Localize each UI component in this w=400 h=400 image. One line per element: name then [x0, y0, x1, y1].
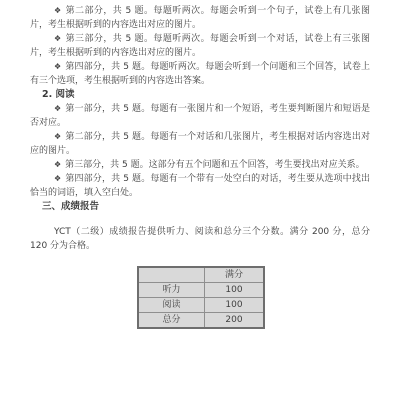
score-report-section-heading: 三、成绩报告	[30, 200, 370, 214]
table-cell-total-label: 总分	[138, 313, 205, 329]
reading-item-text: 第一部分，共 5 题。每题有一张图片和一个短语，考生要判断图片和短语是否对应。	[30, 104, 370, 128]
listening-item-text: 第四部分，共 5 题。每题听两次。每题会听到一个问题和三个回答，试卷上有三个选项…	[30, 62, 370, 86]
table-row: 阅读 100	[138, 298, 264, 313]
document-page: 到的内容判断是否与图片对应。 ❖第二部分，共 5 题。每题听两次。每题会听到一个…	[0, 0, 400, 329]
score-table: 满分 听力 100 阅读 100 总分 200	[137, 266, 265, 329]
table-header-maxscore-cell: 满分	[205, 267, 265, 283]
reading-item-text: 第四部分，共 5 题。每题有一个带有一处空白的对话，考生要从选项中找出恰当的词语…	[30, 174, 370, 198]
table-cell-listening-label: 听力	[138, 283, 205, 298]
listening-item: ❖第二部分，共 5 题。每题听两次。每题会听到一个句子，试卷上有几张图片，考生根…	[30, 4, 370, 32]
listening-item: ❖第四部分，共 5 题。每题听两次。每题会听到一个问题和三个回答，试卷上有三个选…	[30, 60, 370, 88]
listening-item: ❖第三部分，共 5 题。每题听两次。每题会听到一个对话，试卷上有三张图片，考生根…	[30, 32, 370, 60]
listening-item-text: 第三部分，共 5 题。每题听两次。每题会听到一个对话，试卷上有三张图片，考生根据…	[30, 34, 370, 58]
diamond-bullet-icon: ❖	[54, 172, 61, 186]
reading-section-heading: 2. 阅读	[30, 88, 370, 102]
table-row: 总分 200	[138, 313, 264, 329]
table-row: 听力 100	[138, 283, 264, 298]
reading-item-text: 第三部分，共 5 题。这部分有五个问题和五个回答，考生要找出对应关系。	[65, 160, 364, 170]
table-cell-reading-label: 阅读	[138, 298, 205, 313]
diamond-bullet-icon: ❖	[54, 32, 61, 46]
table-row: 满分	[138, 267, 264, 283]
reading-item: ❖第四部分，共 5 题。每题有一个带有一处空白的对话，考生要从选项中找出恰当的词…	[30, 172, 370, 200]
table-cell-total-score: 200	[205, 313, 265, 329]
score-report-intro: YCT（二级）成绩报告提供听力、阅读和总分三个分数。满分 200 分，总分 12…	[30, 225, 370, 253]
table-cell-reading-score: 100	[205, 298, 265, 313]
diamond-bullet-icon: ❖	[54, 60, 61, 74]
reading-item: ❖第二部分，共 5 题。每题有一个对话和几张图片，考生根据对话内容选出对应的图片…	[30, 130, 370, 158]
diamond-bullet-icon: ❖	[54, 4, 61, 18]
diamond-bullet-icon: ❖	[54, 158, 61, 172]
reading-item: ❖第三部分，共 5 题。这部分有五个问题和五个回答，考生要找出对应关系。	[30, 158, 370, 172]
table-header-empty-cell	[138, 267, 205, 283]
reading-item: ❖第一部分，共 5 题。每题有一张图片和一个短语，考生要判断图片和短语是否对应。	[30, 102, 370, 130]
table-cell-listening-score: 100	[205, 283, 265, 298]
diamond-bullet-icon: ❖	[54, 102, 61, 116]
reading-item-text: 第二部分，共 5 题。每题有一个对话和几张图片，考生根据对话内容选出对应的图片。	[30, 132, 370, 156]
diamond-bullet-icon: ❖	[54, 130, 61, 144]
listening-item-text: 第二部分，共 5 题。每题听两次。每题会听到一个句子，试卷上有几张图片，考生根据…	[30, 6, 370, 30]
